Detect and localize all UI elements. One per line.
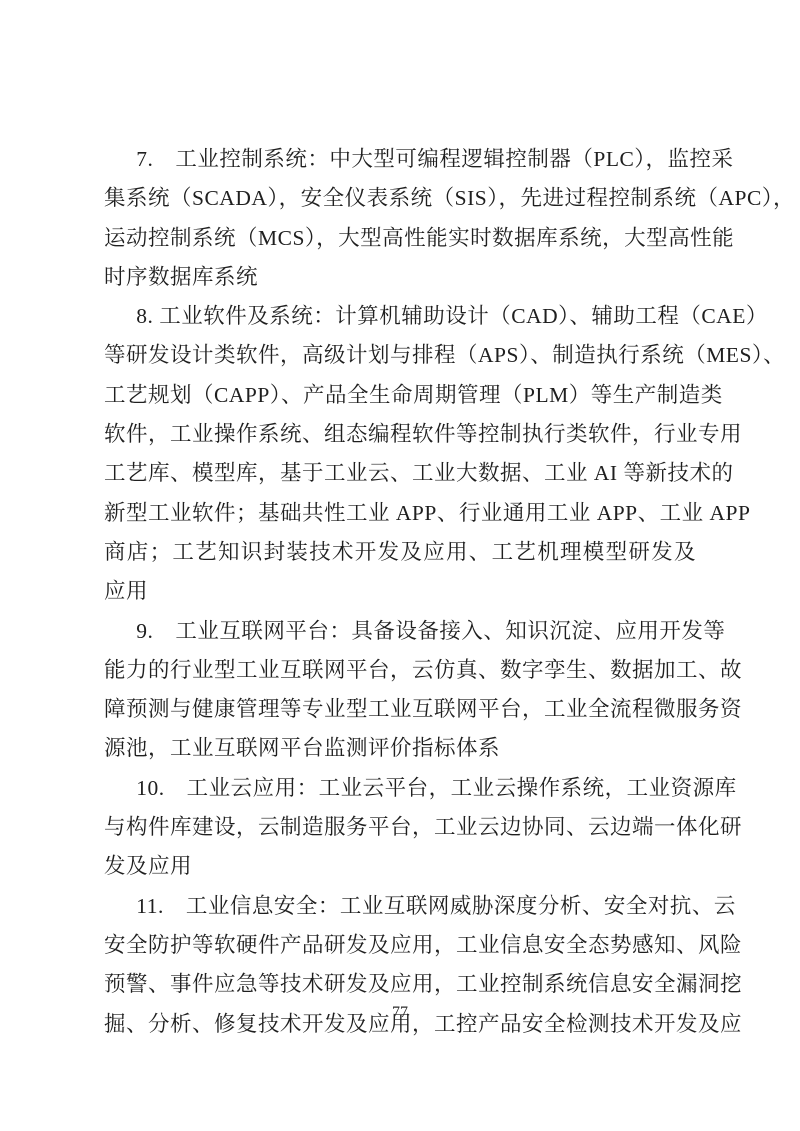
text-line: 工艺规划（CAPP）、产品全生命周期管理（PLM）等生产制造类 — [104, 376, 696, 415]
paragraph: 7. 工业控制系统：中大型可编程逻辑控制器（PLC），监控采集系统（SCADA）… — [104, 140, 696, 297]
text-line: 安全防护等软硬件产品研发及应用，工业信息安全态势感知、风险 — [104, 926, 696, 965]
text-line: 发及应用 — [104, 847, 696, 886]
text-line: 时序数据库系统 — [104, 258, 696, 297]
text-line: 与构件库建设，云制造服务平台，工业云边协同、云边端一体化研 — [104, 808, 696, 847]
text-line: 源池，工业互联网平台监测评价指标体系 — [104, 729, 696, 768]
paragraph: 10. 工业云应用：工业云平台，工业云操作系统，工业资源库与构件库建设，云制造服… — [104, 769, 696, 887]
text-line: 软件，工业操作系统、组态编程软件等控制执行类软件，行业专用 — [104, 415, 696, 454]
text-line: 商店；工艺知识封装技术开发及应用、工艺机理模型研发及应用 — [104, 533, 696, 612]
text-line: 10. 工业云应用：工业云平台，工业云操作系统，工业资源库 — [104, 769, 696, 808]
text-line: 障预测与健康管理等专业型工业互联网平台，工业全流程微服务资 — [104, 690, 696, 729]
text-line: 9. 工业互联网平台：具备设备接入、知识沉淀、应用开发等 — [104, 612, 696, 651]
document-page: 7. 工业控制系统：中大型可编程逻辑控制器（PLC），监控采集系统（SCADA）… — [0, 0, 800, 1131]
text-line: 运动控制系统（MCS），大型高性能实时数据库系统，大型高性能 — [104, 219, 696, 258]
page-number: 77 — [0, 1002, 800, 1024]
text-line: 能力的行业型工业互联网平台，云仿真、数字孪生、数据加工、故 — [104, 651, 696, 690]
text-line: 11. 工业信息安全：工业互联网威胁深度分析、安全对抗、云 — [104, 887, 696, 926]
paragraph: 9. 工业互联网平台：具备设备接入、知识沉淀、应用开发等能力的行业型工业互联网平… — [104, 612, 696, 769]
text-line: 集系统（SCADA），安全仪表系统（SIS），先进过程控制系统（APC）， — [104, 179, 696, 218]
text-line: 预警、事件应急等技术研发及应用，工业控制系统信息安全漏洞挖 — [104, 965, 696, 1004]
text-line: 工艺库、模型库，基于工业云、工业大数据、工业 AI 等新技术的 — [104, 454, 696, 493]
paragraph: 8. 工业软件及系统：计算机辅助设计（CAD）、辅助工程（CAE）等研发设计类软… — [104, 297, 696, 611]
text-line: 等研发设计类软件，高级计划与排程（APS）、制造执行系统（MES）、 — [104, 336, 696, 375]
text-line: 8. 工业软件及系统：计算机辅助设计（CAD）、辅助工程（CAE） — [104, 297, 696, 336]
text-line: 7. 工业控制系统：中大型可编程逻辑控制器（PLC），监控采 — [104, 140, 696, 179]
document-body: 7. 工业控制系统：中大型可编程逻辑控制器（PLC），监控采集系统（SCADA）… — [104, 140, 696, 1044]
text-line: 新型工业软件；基础共性工业 APP、行业通用工业 APP、工业 APP — [104, 494, 696, 533]
